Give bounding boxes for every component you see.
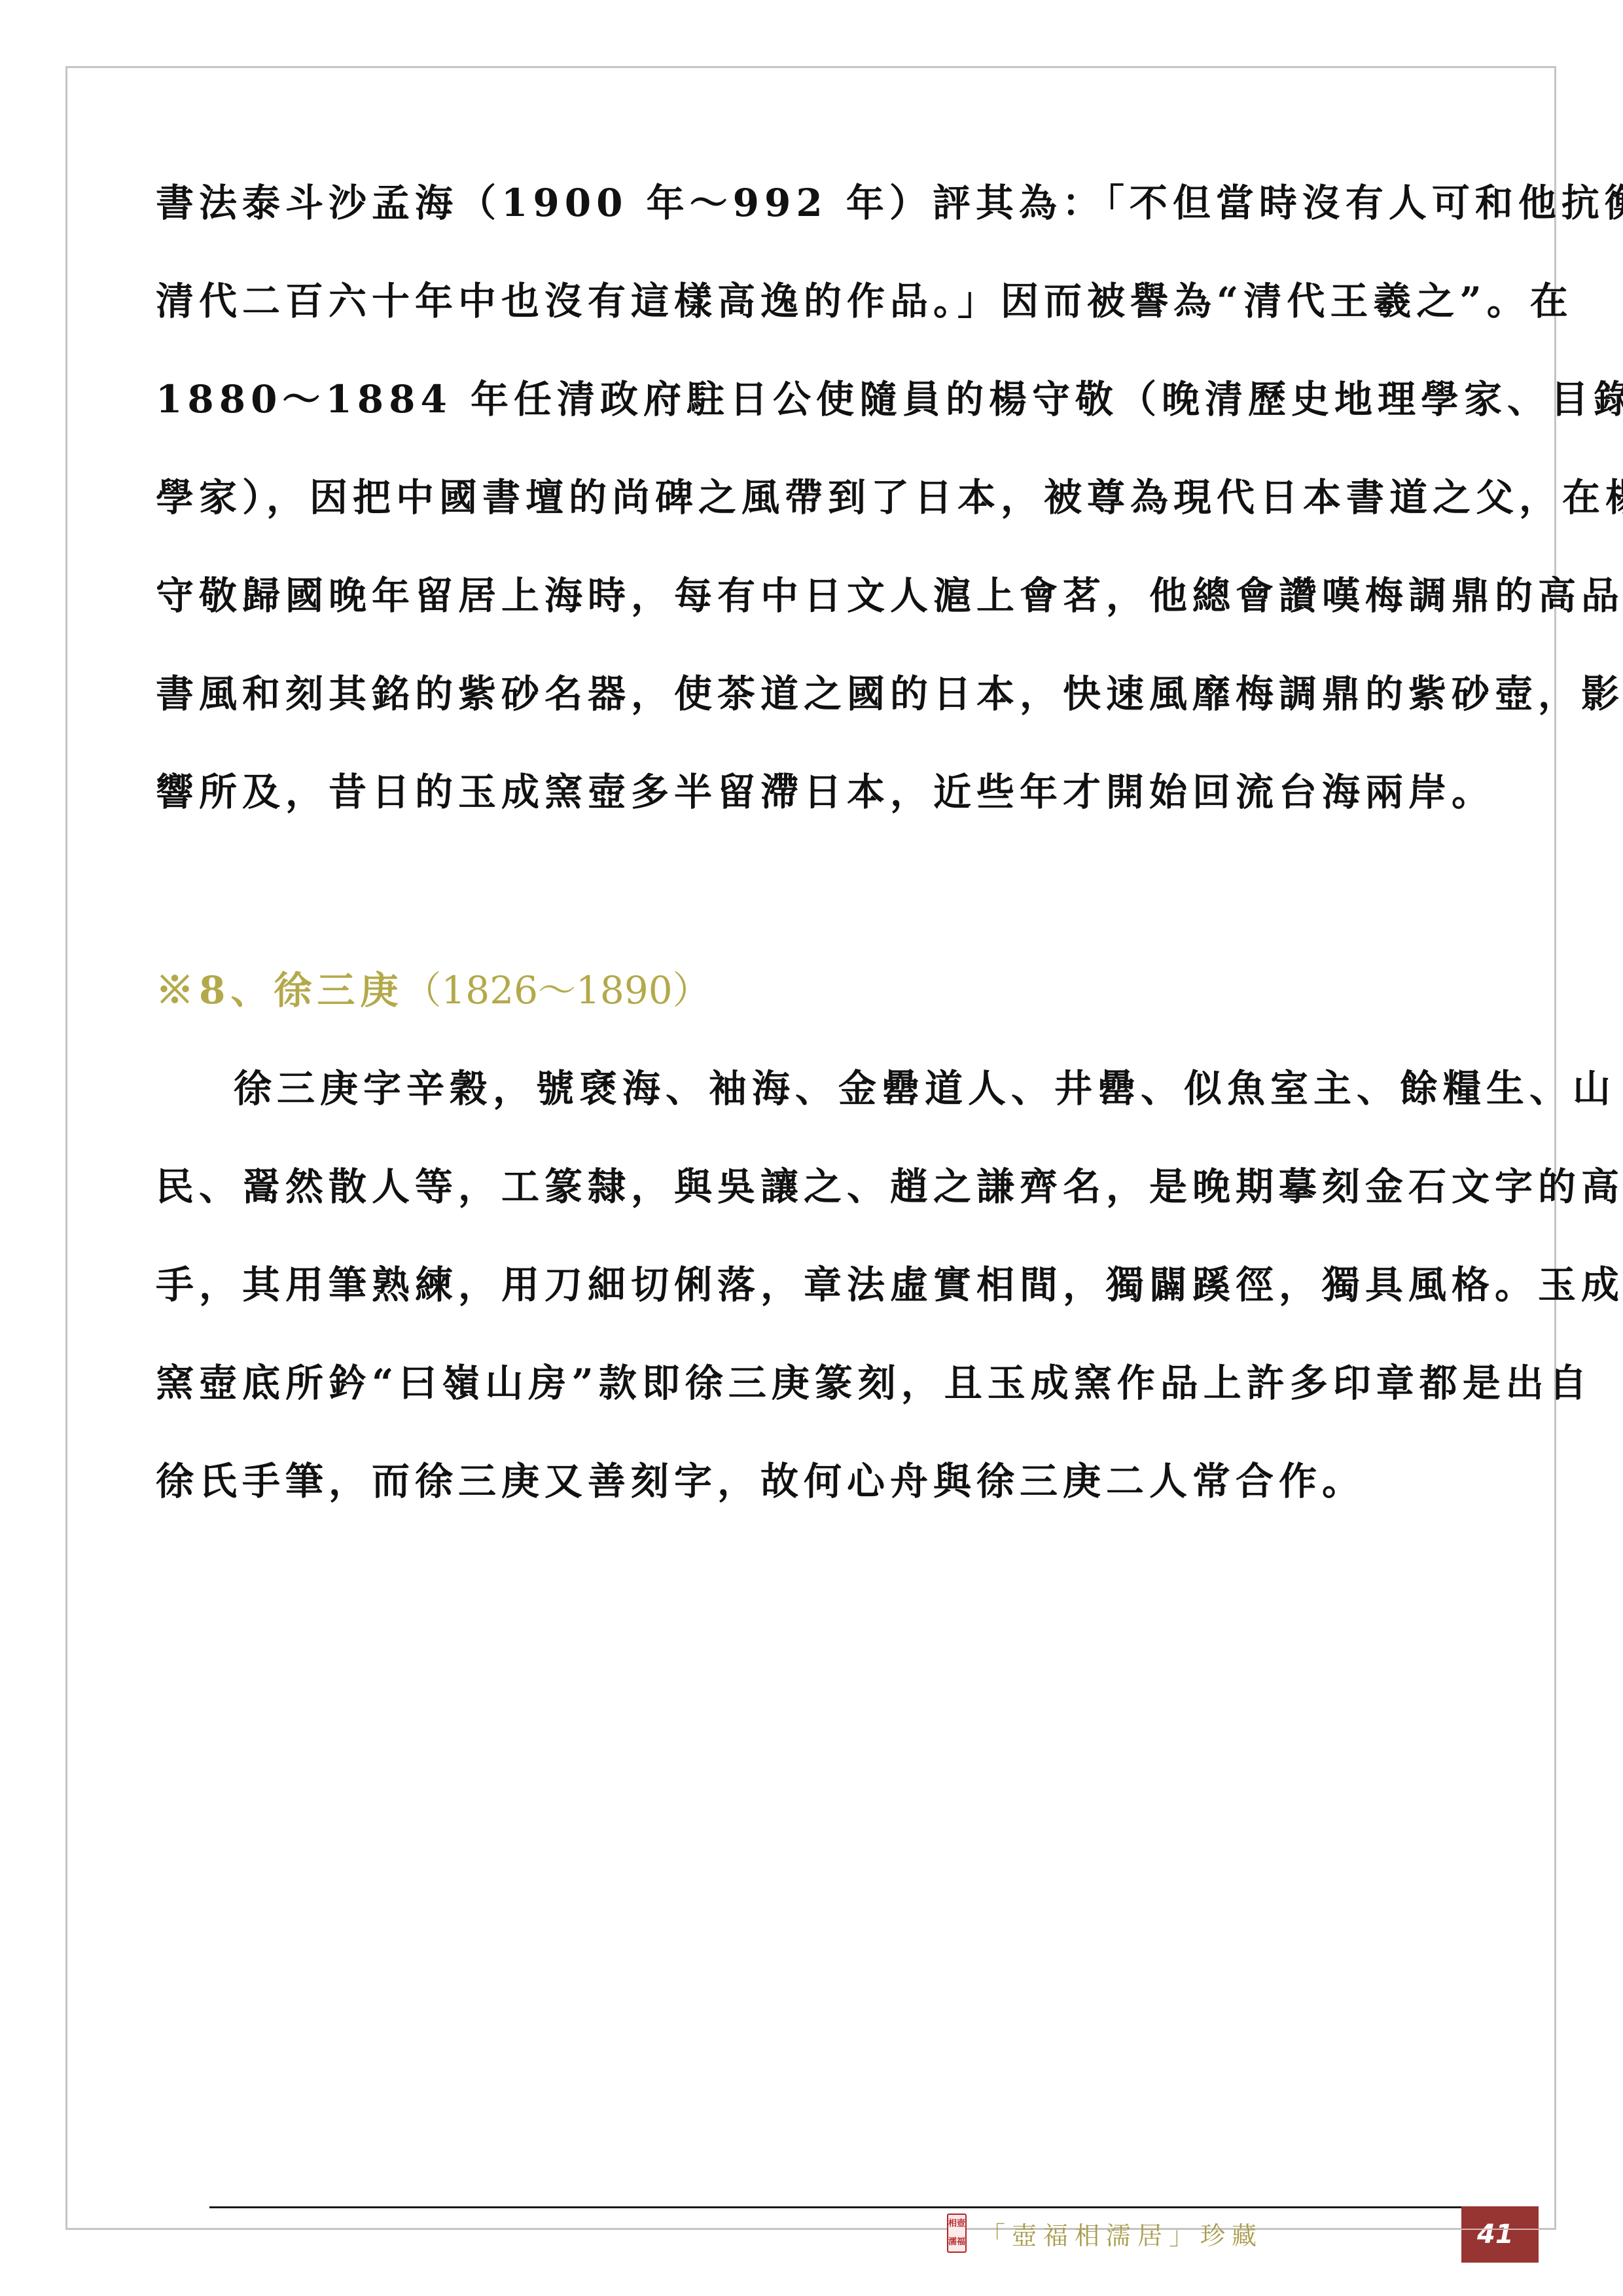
text-line: 民、翯然散人等，工篆隸，與吳讓之、趙之謙齊名，是晚期摹刻金石文字的高 [156, 1160, 1471, 1213]
seal-char: 福 [957, 2233, 965, 2251]
text-line: 書風和刻其銘的紫砂名器，使茶道之國的日本，快速風靡梅調鼎的紫砂壺，影 [156, 668, 1471, 720]
seal-char: 濡 [948, 2233, 957, 2251]
text-line: 1880～1884 年任清政府駐日公使隨員的楊守敬（晚清歷史地理學家、目錄版本 [156, 373, 1471, 425]
text-line: 守敬歸國晚年留居上海時，每有中日文人滬上會茗，他總會讚嘆梅調鼎的高品 [156, 569, 1471, 622]
seal-stamp-icon: 相 壺 濡 福 [947, 2214, 967, 2253]
text-line: 書法泰斗沙孟海（1900 年～992 年）評其為：「不但當時沒有人可和他抗衡，怕 [156, 177, 1471, 229]
text-line: 學家），因把中國書壇的尚碑之風帶到了日本，被尊為現代日本書道之父，在楊 [156, 471, 1471, 524]
section-heading: ※8、徐三庚（1826～1890） [156, 964, 711, 1016]
reference-mark-icon: ※ [156, 968, 199, 1013]
seal-char: 相 [948, 2215, 957, 2233]
text-line: 窯壺底所鈐“曰嶺山房”款即徐三庚篆刻，且玉成窯作品上許多印章都是出自 [156, 1357, 1471, 1409]
seal-char: 壺 [957, 2215, 965, 2233]
footer-divider [209, 2206, 1461, 2208]
section-separator: 、 [230, 968, 274, 1013]
text-line: 清代二百六十年中也沒有這樣高逸的作品。」因而被譽為“清代王羲之”。在 [156, 275, 1471, 327]
text-line: 徐氏手筆，而徐三庚又善刻字，故何心舟與徐三庚二人常合作。 [156, 1455, 1471, 1507]
text-line: 響所及，昔日的玉成窯壺多半留滯日本，近些年才開始回流台海兩岸。 [156, 766, 1471, 818]
frame-line-overlay [1461, 2229, 1539, 2230]
text-line: 手，其用筆熟練，用刀細切俐落，章法虛實相間，獨闢蹊徑，獨具風格。玉成 [156, 1259, 1471, 1311]
section-name: 徐三庚 [274, 968, 403, 1013]
footer-brand-text: 「壺福相濡居」珍藏 [980, 2216, 1263, 2255]
text-line: 徐三庚字辛穀，號褎海、袖海、金罍道人、井罍、似魚室主、餘糧生、山 [234, 1062, 1471, 1115]
section-years: （1826～1890） [403, 968, 710, 1013]
page-number: 41 [1461, 2206, 1539, 2263]
section-number: 8 [199, 968, 230, 1013]
